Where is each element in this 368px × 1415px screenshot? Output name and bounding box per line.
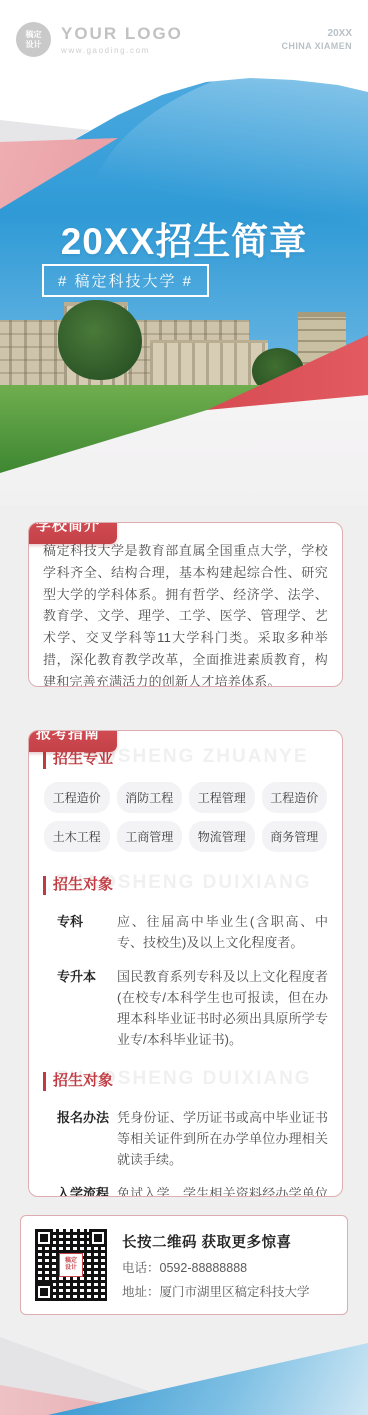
enrollment-heading-row: ZHAOSHENG DUIXIANG 招生对象 <box>43 1072 328 1094</box>
target-item-text: 应、往届高中毕业生(含职高、中专、技校生)及以上文化程度者。 <box>117 911 328 953</box>
qr-badge-line2: 设计 <box>65 1265 77 1272</box>
logo-block: YOUR LOGO www.gaoding.com <box>61 24 183 55</box>
enrollment-item-text: 免试入学，学生相关资料经办学单位按照相关要求审核合格后报到入学。 <box>117 1183 328 1197</box>
qr-badge-line1: 稿定 <box>65 1258 77 1265</box>
targets-heading-row: ZHAOSHENG DUIXIANG 招生对象 <box>43 876 328 898</box>
school-intro-text: 稿定科技大学是教育部直属全国重点大学，学校学科齐全、结构合理，基本构建起综合性、… <box>29 523 342 687</box>
majors-heading-row: ZHAOSHENG ZHUANYE 招生专业 <box>43 750 328 772</box>
major-tag: 工程造价 <box>262 782 328 813</box>
enrollment-item: 入学流程 免试入学，学生相关资料经办学单位按照相关要求审核合格后报到入学。 <box>43 1183 328 1197</box>
majors-heading: 招生专业 <box>43 750 113 769</box>
hero-banner: 20XX招生简章 # 稿定科技大学 # <box>0 0 368 505</box>
page-title: 20XX招生简章 <box>0 211 368 265</box>
event-location: CHINA XIAMEN <box>282 41 352 51</box>
major-tag: 消防工程 <box>117 782 183 813</box>
enrollment-item-label: 入学流程 <box>57 1183 117 1197</box>
event-year: 20XX <box>282 28 352 39</box>
tab-school-intro: 学校简介 <box>28 522 117 544</box>
majors-tag-grid: 工程造价 消防工程 工程管理 工程造价 土木工程 工商管理 物流管理 商务管理 <box>43 782 328 852</box>
tab-application-guide: 报考指南 <box>28 730 117 752</box>
application-guide-card: 报考指南 ZHAOSHENG ZHUANYE 招生专业 工程造价 消防工程 工程… <box>28 730 343 1197</box>
target-item-text: 国民教育系列专科及以上文化程度者(在校专/本科学生也可报读，但在办理本科毕业证书… <box>117 966 328 1050</box>
address-label: 地址： <box>122 1285 160 1299</box>
enrollment-item: 报名办法 凭身份证、学历证书或高中毕业证书等相关证件到所在办学单位办理相关就读手… <box>43 1107 328 1170</box>
major-tag: 商务管理 <box>262 821 328 852</box>
major-tag: 物流管理 <box>189 821 255 852</box>
logo-badge-line2: 设计 <box>26 40 42 49</box>
logo-badge-line1: 稿定 <box>26 30 42 39</box>
contact-phone-row: 电话：0592-88888888 <box>122 1258 310 1276</box>
enrollment-heading: 招生对象 <box>43 1072 113 1091</box>
qr-finder-icon <box>35 1283 53 1301</box>
school-intro-card: 学校简介 稿定科技大学是教育部直属全国重点大学，学校学科齐全、结构合理，基本构建… <box>28 522 343 687</box>
poster-page: 20XX招生简章 # 稿定科技大学 # 稿定 设计 YOUR LOGO www.… <box>0 0 368 1415</box>
major-tag: 工程管理 <box>189 782 255 813</box>
page-subtitle: # 稿定科技大学 # <box>42 264 209 297</box>
qr-finder-icon <box>35 1229 53 1247</box>
contact-info: 长按二维码 获取更多惊喜 电话：0592-88888888 地址：厦门市湖里区稿… <box>122 1231 310 1300</box>
address-value: 厦门市湖里区稿定科技大学 <box>160 1285 310 1299</box>
logo-text: YOUR LOGO <box>61 24 183 44</box>
targets-heading: 招生对象 <box>43 876 113 895</box>
qr-center-badge: 稿定 设计 <box>59 1253 83 1277</box>
tree-large <box>58 300 142 380</box>
logo-badge: 稿定 设计 <box>16 22 51 57</box>
footer-decoration <box>0 1315 368 1415</box>
brand-header: 稿定 设计 YOUR LOGO www.gaoding.com 20XX CHI… <box>16 22 352 57</box>
major-tag: 工程造价 <box>44 782 110 813</box>
enrollment-item-text: 凭身份证、学历证书或高中毕业证书等相关证件到所在办学单位办理相关就读手续。 <box>117 1107 328 1170</box>
target-item: 专升本 国民教育系列专科及以上文化程度者(在校专/本科学生也可报读，但在办理本科… <box>43 966 328 1050</box>
enrollment-item-label: 报名办法 <box>57 1107 117 1170</box>
contact-card: 稿定 设计 长按二维码 获取更多惊喜 电话：0592-88888888 地址：厦… <box>20 1215 348 1315</box>
phone-number: 0592-88888888 <box>160 1261 248 1275</box>
logo-website: www.gaoding.com <box>61 46 183 55</box>
phone-label: 电话： <box>122 1261 160 1275</box>
qr-code[interactable]: 稿定 设计 <box>35 1229 107 1301</box>
event-block: 20XX CHINA XIAMEN <box>282 28 352 51</box>
contact-address-row: 地址：厦门市湖里区稿定科技大学 <box>122 1282 310 1300</box>
target-item: 专科 应、往届高中毕业生(含职高、中专、技校生)及以上文化程度者。 <box>43 911 328 953</box>
target-item-label: 专升本 <box>57 966 117 1050</box>
qr-finder-icon <box>89 1229 107 1247</box>
target-item-label: 专科 <box>57 911 117 953</box>
major-tag: 工商管理 <box>117 821 183 852</box>
contact-headline: 长按二维码 获取更多惊喜 <box>122 1231 310 1252</box>
major-tag: 土木工程 <box>44 821 110 852</box>
